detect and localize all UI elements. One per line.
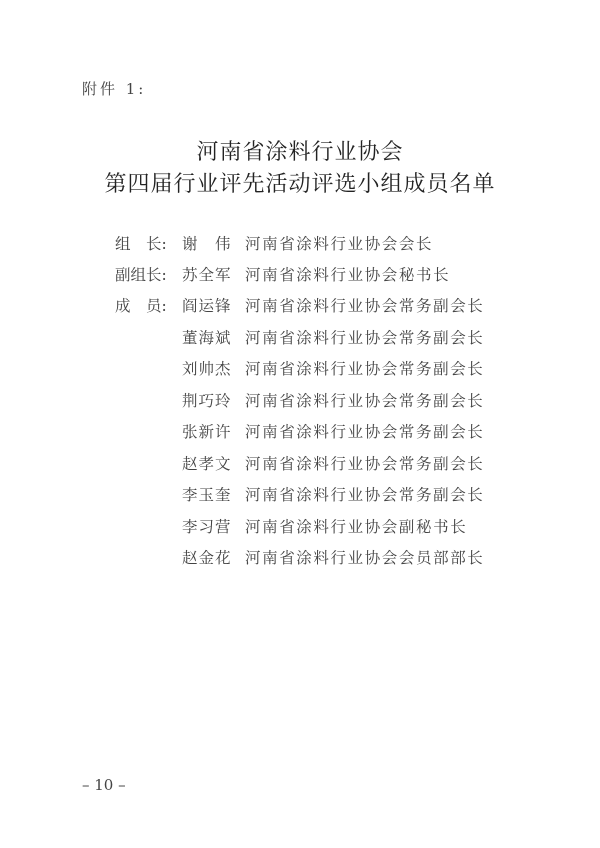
member-position: 河南省涂料行业协会常务副会长	[245, 326, 484, 348]
member-position: 河南省涂料行业协会常务副会长	[245, 420, 484, 442]
title-line-2: 第四届行业评先活动评选小组成员名单	[0, 167, 600, 198]
member-row: 张新许 河南省涂料行业协会常务副会长	[0, 420, 600, 444]
member-position: 河南省涂料行业协会会员部部长	[245, 546, 484, 568]
member-name: 李玉奎	[182, 483, 238, 505]
member-name: 赵金花	[182, 546, 238, 568]
member-position: 河南省涂料行业协会常务副会长	[245, 357, 484, 379]
member-name: 刘帅杰	[182, 357, 238, 379]
member-name: 荆巧玲	[182, 389, 238, 411]
member-position: 河南省涂料行业协会副秘书长	[245, 515, 467, 537]
member-name: 赵孝文	[182, 452, 238, 474]
member-name: 苏全军	[182, 263, 238, 285]
member-row: 荆巧玲 河南省涂料行业协会常务副会长	[0, 389, 600, 413]
member-row: 组 长: 谢 伟 河南省涂料行业协会会长	[0, 232, 600, 256]
member-row: 刘帅杰 河南省涂料行业协会常务副会长	[0, 357, 600, 381]
member-role: 组 长:	[115, 232, 175, 254]
page-number: – 10 –	[82, 776, 126, 794]
attachment-label: 附件 1:	[82, 78, 146, 99]
member-name: 阎运锋	[182, 294, 238, 316]
member-row: 赵孝文 河南省涂料行业协会常务副会长	[0, 452, 600, 476]
member-row: 李习营 河南省涂料行业协会副秘书长	[0, 515, 600, 539]
member-role: 副组长:	[115, 263, 175, 285]
member-role: 成 员:	[115, 294, 175, 316]
member-row: 副组长: 苏全军 河南省涂料行业协会秘书长	[0, 263, 600, 287]
member-name: 李习营	[182, 515, 238, 537]
member-name: 张新许	[182, 420, 238, 442]
member-position: 河南省涂料行业协会常务副会长	[245, 389, 484, 411]
member-row: 成 员: 阎运锋 河南省涂料行业协会常务副会长	[0, 294, 600, 318]
title-line-1: 河南省涂料行业协会	[0, 135, 600, 166]
member-position: 河南省涂料行业协会常务副会长	[245, 483, 484, 505]
member-position: 河南省涂料行业协会常务副会长	[245, 452, 484, 474]
member-name: 谢 伟	[182, 232, 238, 254]
member-position: 河南省涂料行业协会秘书长	[245, 263, 450, 285]
member-row: 赵金花 河南省涂料行业协会会员部部长	[0, 546, 600, 570]
member-position: 河南省涂料行业协会会长	[245, 232, 433, 254]
member-row: 李玉奎 河南省涂料行业协会常务副会长	[0, 483, 600, 507]
member-row: 董海斌 河南省涂料行业协会常务副会长	[0, 326, 600, 350]
member-name: 董海斌	[182, 326, 238, 348]
member-position: 河南省涂料行业协会常务副会长	[245, 294, 484, 316]
